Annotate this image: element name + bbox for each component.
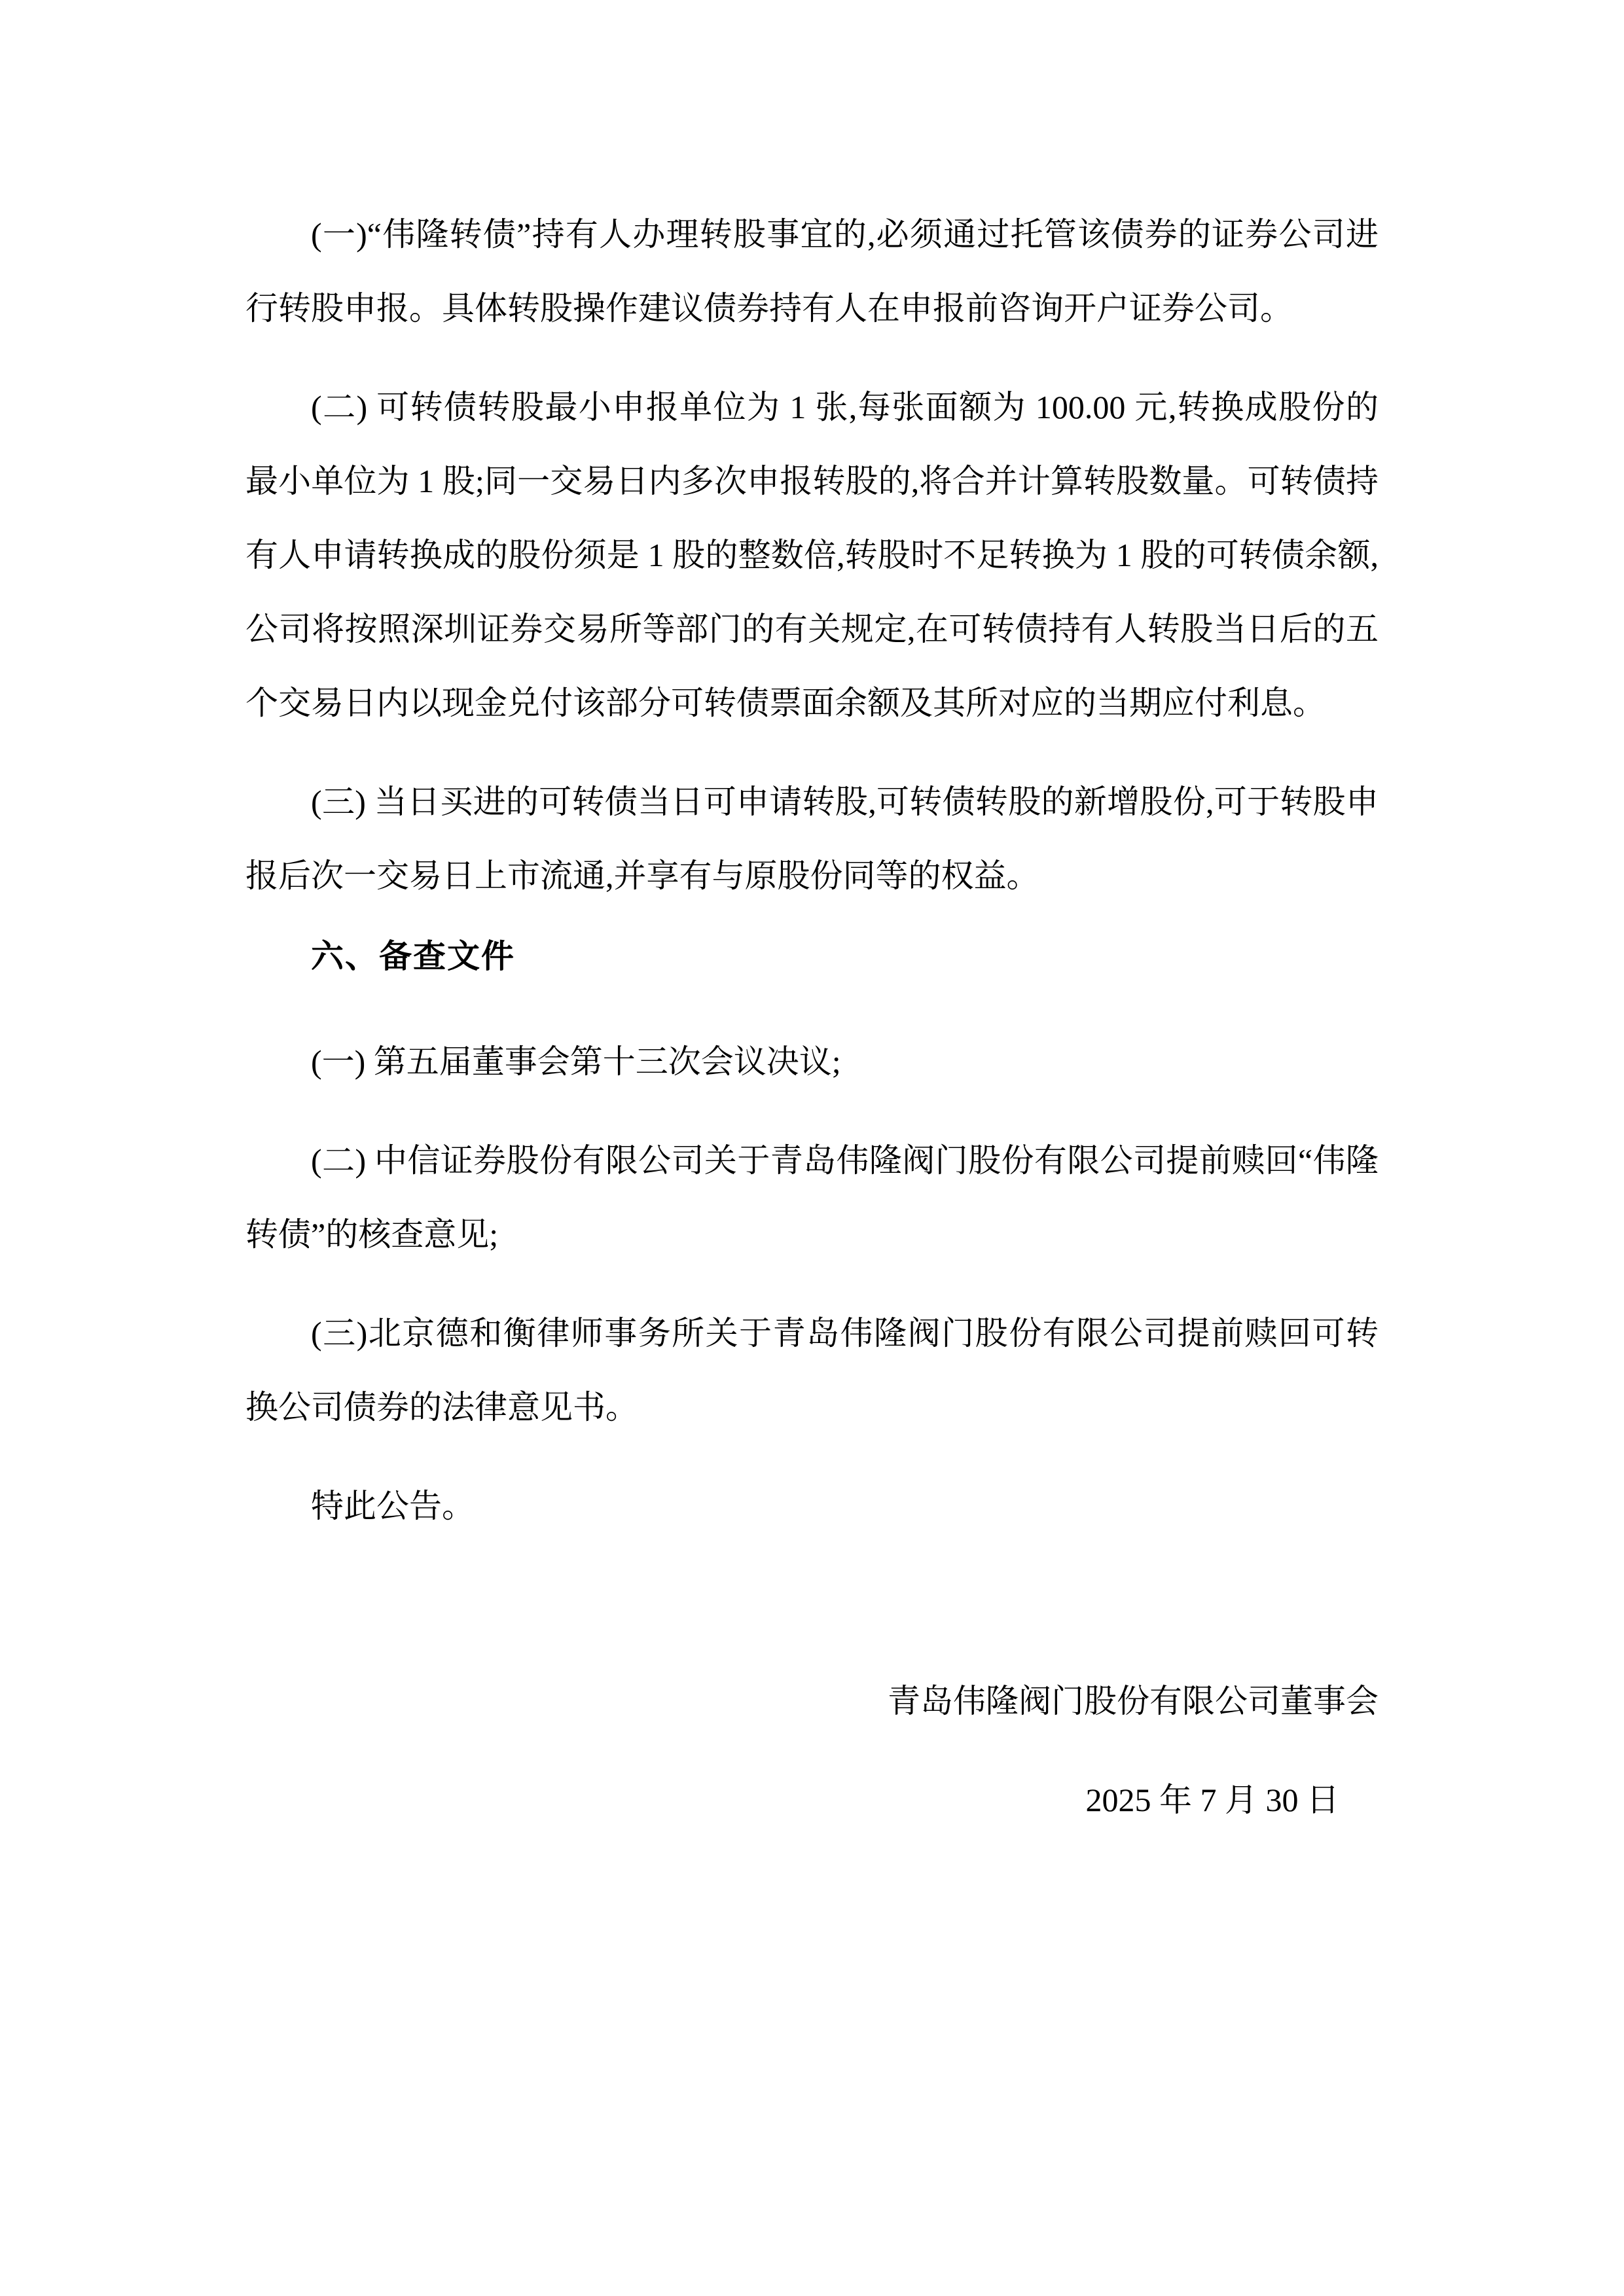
section-heading: 六、备查文件 (245, 920, 1379, 994)
document-content: (一)“伟隆转债”持有人办理转股事宜的,必须通过托管该债券的证券公司进行转股申报… (0, 0, 1624, 1837)
paragraph-same-day-conversion: (三) 当日买进的可转债当日可申请转股,可转债转股的新增股份,可于转股申报后次一… (245, 765, 1379, 913)
document-page: (一)“伟隆转债”持有人办理转股事宜的,必须通过托管该债券的证券公司进行转股申报… (0, 0, 1624, 2296)
reference-item-citic-opinion: (二) 中信证券股份有限公司关于青岛伟隆阀门股份有限公司提前赎回“伟隆转债”的核… (245, 1124, 1379, 1272)
paragraph-conversion-application: (一)“伟隆转债”持有人办理转股事宜的,必须通过托管该债券的证券公司进行转股申报… (245, 198, 1379, 346)
signature-company: 青岛伟隆阀门股份有限公司董事会 (245, 1664, 1379, 1738)
paragraph-conversion-units: (二) 可转债转股最小申报单位为 1 张,每张面额为 100.00 元,转换成股… (245, 370, 1379, 740)
signature-date: 2025 年 7 月 30 日 (245, 1763, 1379, 1837)
reference-item-legal-opinion: (三)北京德和衡律师事务所关于青岛伟隆阀门股份有限公司提前赎回可转换公司债券的法… (245, 1297, 1379, 1444)
reference-item-board-resolution: (一) 第五届董事会第十三次会议决议; (245, 1025, 1379, 1099)
closing-statement: 特此公告。 (245, 1469, 1379, 1543)
